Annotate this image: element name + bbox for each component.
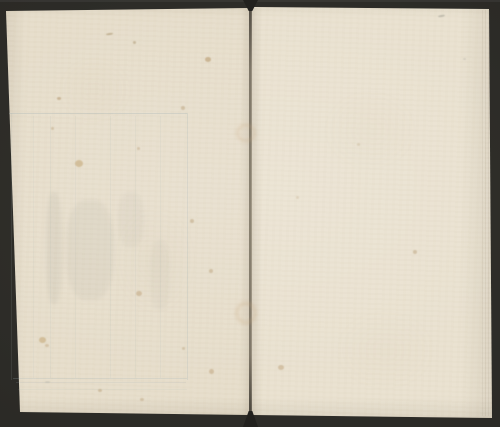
foxing-spot — [438, 14, 445, 17]
paper-mottle — [95, 180, 215, 340]
foxing-spot — [39, 337, 46, 343]
spine-stain — [232, 120, 260, 146]
foxing-spot — [413, 250, 417, 254]
foxing-spot — [140, 398, 144, 401]
foxing-spot — [133, 41, 136, 44]
foxing-spot — [205, 57, 211, 62]
foxing-spot — [45, 381, 50, 383]
paper-mottle — [310, 290, 460, 410]
foxing-spot — [51, 127, 54, 130]
spine-stain — [231, 297, 261, 329]
foxing-spot — [98, 389, 102, 392]
paper-mottle — [40, 40, 150, 140]
foxing-spot — [181, 106, 185, 110]
foxing-spot — [106, 33, 113, 36]
foxing-spots-layer — [0, 0, 500, 427]
foxing-spot — [209, 369, 214, 374]
foxing-spot — [209, 269, 213, 273]
foxing-spot — [45, 344, 49, 347]
foxing-spot — [182, 347, 185, 350]
foxing-spot — [57, 97, 61, 100]
foxing-spot — [278, 365, 284, 370]
foxing-spot — [136, 291, 142, 296]
foxing-spot — [296, 196, 299, 199]
foxing-spot — [75, 160, 83, 167]
scanned-book-spread — [0, 0, 500, 427]
foxing-spot — [463, 58, 466, 60]
foxing-spot — [357, 143, 360, 146]
foxing-spot — [137, 147, 140, 150]
foxing-spot — [190, 219, 194, 223]
paper-mottle — [300, 70, 440, 190]
